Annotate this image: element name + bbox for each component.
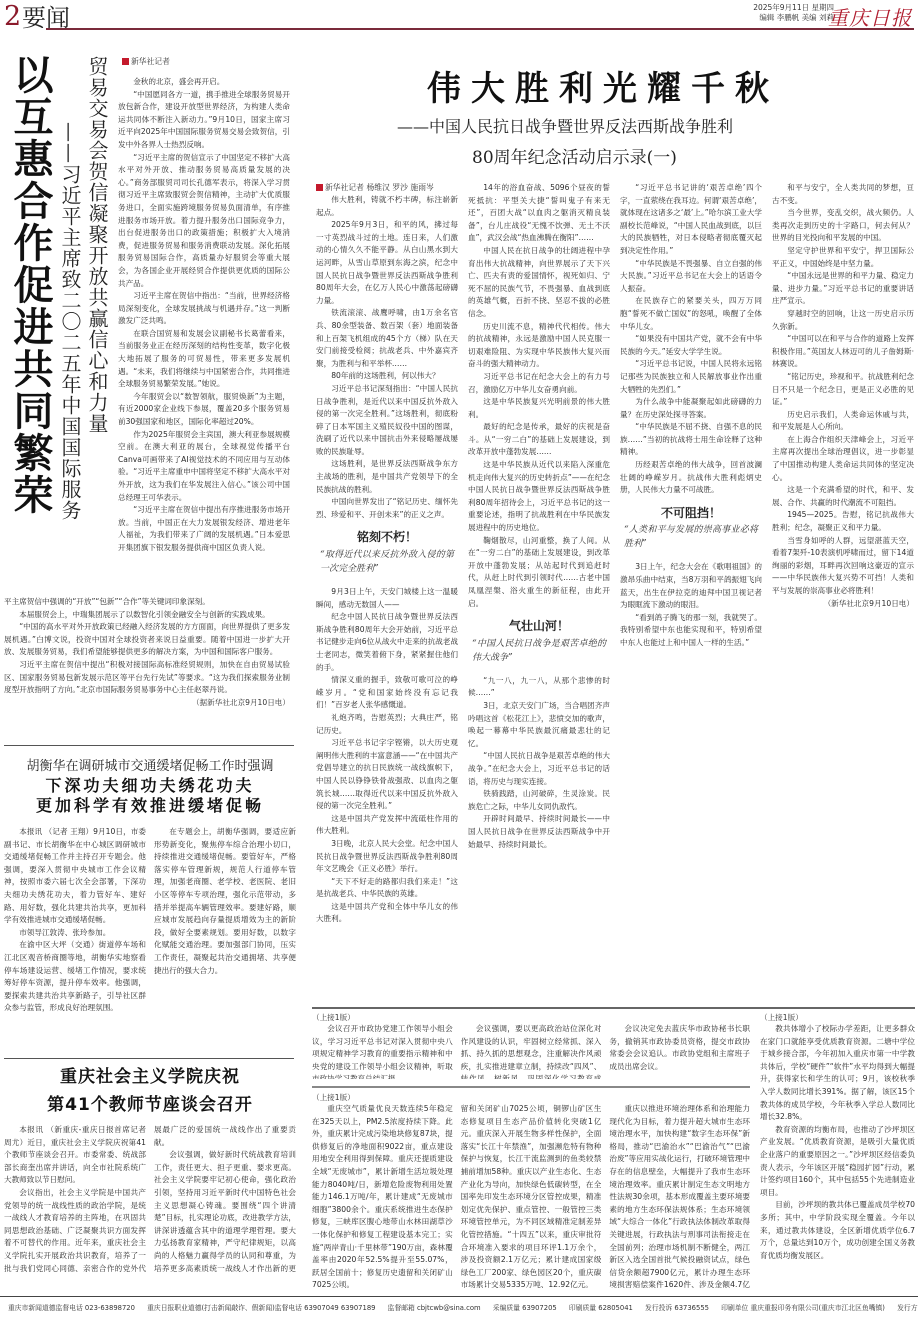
section-heading: 气壮山河！ bbox=[468, 620, 610, 633]
article-column: 重庆空气质量优良天数连续5年稳定在325天以上，PM2.5浓度持续下降。此外，重… bbox=[312, 1103, 453, 1289]
article-column: 会议强调，要以更高政治站位深化对作风建设的认识，牢固树立经常抓、深入抓、持久抓的… bbox=[461, 1023, 602, 1079]
page-number: 2 bbox=[4, 2, 21, 32]
feature-column-4: 和平与安宁，全人类共同的梦想，亘古不变。 当今世界，变乱交织，战火频仍。人类再次… bbox=[772, 182, 914, 1004]
feature-column-2: 14年的浴血奋战、5096个昼夜的誓死抵抗：平型关大捷“誓叫鬼子有来无还”，百团… bbox=[468, 182, 610, 1004]
divider bbox=[4, 745, 294, 746]
article-subhead: 贸易交易会贺信凝聚开放共赢信心和力量 bbox=[85, 56, 109, 434]
article-title-2: 更加科学有效推进缓堵促畅 bbox=[0, 796, 300, 816]
article-trade-fair: 以互惠合作促进共同繁荣 贸易交易会贺信凝聚开放共赢信心和力量 ——习近平主席致二… bbox=[0, 40, 310, 740]
section-quote: “中国人民抗日战争是艰苦卓绝的伟大战争” bbox=[472, 637, 606, 665]
section-quote: “人类和平与发展的崇高事业必将胜利” bbox=[624, 523, 758, 551]
section-heading: 不可阻挡！ bbox=[620, 507, 762, 520]
continued-label: （上接1版） bbox=[312, 1092, 750, 1103]
article-column: 展最广泛的爱国统一战线作出了重要贡献。 会议强调，做好新时代统战教育培训工作，责… bbox=[154, 1124, 296, 1272]
footer-contacts: 重庆市新闻道德监督电话 023-63898720 重庆日报职业道德(打击新闻敲诈… bbox=[0, 1296, 918, 1320]
section-heading: 铭刻不朽！ bbox=[316, 531, 458, 544]
footer-item: 重庆市新闻道德监督电话 023-63898720 bbox=[8, 1304, 135, 1312]
staff-credits: 编辑 李鹏帆 美编 刘莉 bbox=[753, 13, 834, 23]
article-column: 本报讯 （新重庆-重庆日报首席记者 周尤）近日，重庆社会主义学院庆祝第41个教师… bbox=[4, 1124, 146, 1272]
section-quote: “取得近代以来反抗外敌入侵的第一次完全胜利” bbox=[320, 548, 454, 576]
continued-ecology: （上接1版） 重庆空气质量优良天数连续5年稳定在325天以上，PM2.5浓度持续… bbox=[312, 1092, 750, 1290]
feature-title: 伟大胜利光耀千秋 bbox=[427, 68, 779, 110]
article-title-2: 第41个教师节座谈会召开 bbox=[0, 1094, 300, 1116]
article-headline: 以互惠合作促进共同繁荣 bbox=[8, 54, 52, 516]
article-subhead-2: ——习近平主席致二〇二五年中国国际服务 bbox=[58, 122, 82, 521]
byline: 新华社记者 杨维汉 罗沙 施雨岑 bbox=[316, 182, 458, 194]
footer-item: 印刷质量 62805041 bbox=[569, 1304, 633, 1312]
footer-item: 印刷单位 重庆重报印务有限公司(重庆市江北区鱼嘴镇) bbox=[721, 1304, 885, 1312]
masthead-rule bbox=[46, 28, 914, 30]
divider bbox=[312, 1086, 750, 1088]
feature-victory: 伟大胜利光耀千秋 ——中国人民抗日战争暨世界反法西斯战争胜利 80周年纪念活动启… bbox=[312, 40, 918, 1010]
feature-subtitle: ——中国人民抗日战争暨世界反法西斯战争胜利 bbox=[397, 116, 733, 138]
feature-column-1: 新华社记者 杨维汉 罗沙 施雨岑 伟大胜利，铸就不朽丰碑，标注崭新起点。 202… bbox=[316, 182, 458, 1004]
article-socialist-institute: 重庆社会主义学院庆祝 第41个教师节座谈会召开 本报讯 （新重庆-重庆日报首席记… bbox=[0, 1060, 300, 1285]
dateline: （新华社北京9月10日电） bbox=[772, 598, 914, 611]
continued-label: （上接1版） bbox=[760, 1012, 915, 1023]
feature-subtitle-2: 80周年纪念活动启示录(一) bbox=[472, 146, 677, 170]
newspaper-logo: 重庆日报 bbox=[828, 2, 912, 31]
byline: 新华社记者 bbox=[122, 56, 170, 68]
article-body: 金秋的北京，盛会再开启。 “中国愿同各方一道，携手推进全球服务贸易开放包新合作，… bbox=[118, 76, 290, 592]
continued-label: （上接1版） bbox=[312, 1012, 750, 1023]
masthead: 2 要闻 2025年9月11日 星期四 编辑 李鹏帆 美编 刘莉 重庆日报 bbox=[0, 0, 918, 34]
feature-column-3: “习近平总书记讲的‘艰苦卓绝’四个字，一直萦绕在我耳边。何谓‘艰苦卓绝’，就体现… bbox=[620, 182, 762, 1004]
issue-date: 2025年9月11日 星期四 bbox=[753, 3, 834, 13]
article-column: 教共体增小了校际办学差距，让更多群众在家门口就能享受优质教育资源。二塘中学位于城… bbox=[760, 1023, 915, 1289]
continued-cppcc: （上接1版） 会议召开市政协党建工作领导小组会议，学习习近平总书记对深入贯彻中央… bbox=[312, 1012, 750, 1080]
dateline: （据新华社北京9月10日电） bbox=[4, 697, 290, 710]
article-title: 重庆社会主义学院庆祝 bbox=[0, 1066, 300, 1088]
article-column: 会议决定免去蓝庆华市政协秘书长职务，撤销其市政协委员资格，提交市政协常委会会议追… bbox=[609, 1023, 750, 1079]
footer-item: 重庆日报职业道德(打击新闻敲诈、假新闻)监督电话 63907049 639071… bbox=[147, 1304, 375, 1312]
continued-education: （上接1版） 教共体增小了校际办学差距，让更多群众在家门口就能享受优质教育资源。… bbox=[760, 1012, 915, 1290]
divider bbox=[312, 1007, 915, 1009]
byline-marker-icon bbox=[122, 58, 129, 65]
article-column: 在专题会上，胡衡华强调，要适应新形势新变化，聚焦停车综合治理小切口，持续推进交通… bbox=[154, 826, 296, 1024]
article-column: 重庆以推进环境治理体系和治理能力现代化为目标，着力提升超大城市生态环境治理水平，… bbox=[609, 1103, 750, 1289]
masthead-meta: 2025年9月11日 星期四 编辑 李鹏帆 美编 刘莉 bbox=[753, 3, 834, 23]
article-body-continued: 平主席贺信中强调的“开放”“包新”“合作”等关键词印象深刻。 本届服贸会上，中瑞… bbox=[4, 596, 290, 734]
article-column: 留和关闭矿山7025公顷，铜锣山矿区生态修复项目生态产品价值转化突破1亿元。重庆… bbox=[461, 1103, 602, 1289]
article-column: 本报讯 （记者 王翔）9月10日，市委副书记、市长胡衡华在中心城区调研城市交通缓… bbox=[4, 826, 146, 1024]
article-column: 会议召开市政协党建工作领导小组会议，学习习近平总书记对深入贯彻中央八项规定精神学… bbox=[312, 1023, 453, 1079]
footer-item: 发行投诉 63736555 bbox=[645, 1304, 709, 1312]
divider bbox=[4, 1058, 294, 1059]
byline-marker-icon bbox=[316, 184, 323, 191]
footer-item: 采编质量 63907205 bbox=[493, 1304, 557, 1312]
article-kicker: 胡衡华在调研城市交通缓堵促畅工作时强调 bbox=[0, 758, 300, 776]
footer-item: 监督邮箱 cbjtcwb@sina.com bbox=[388, 1304, 481, 1312]
article-traffic: 胡衡华在调研城市交通缓堵促畅工作时强调 下深功夫细功夫绣花功夫 更加科学有效推进… bbox=[0, 752, 300, 1042]
article-title: 下深功夫细功夫绣花功夫 bbox=[0, 776, 300, 796]
footer-item: 发行方式 邮发+自办 bbox=[897, 1304, 918, 1312]
